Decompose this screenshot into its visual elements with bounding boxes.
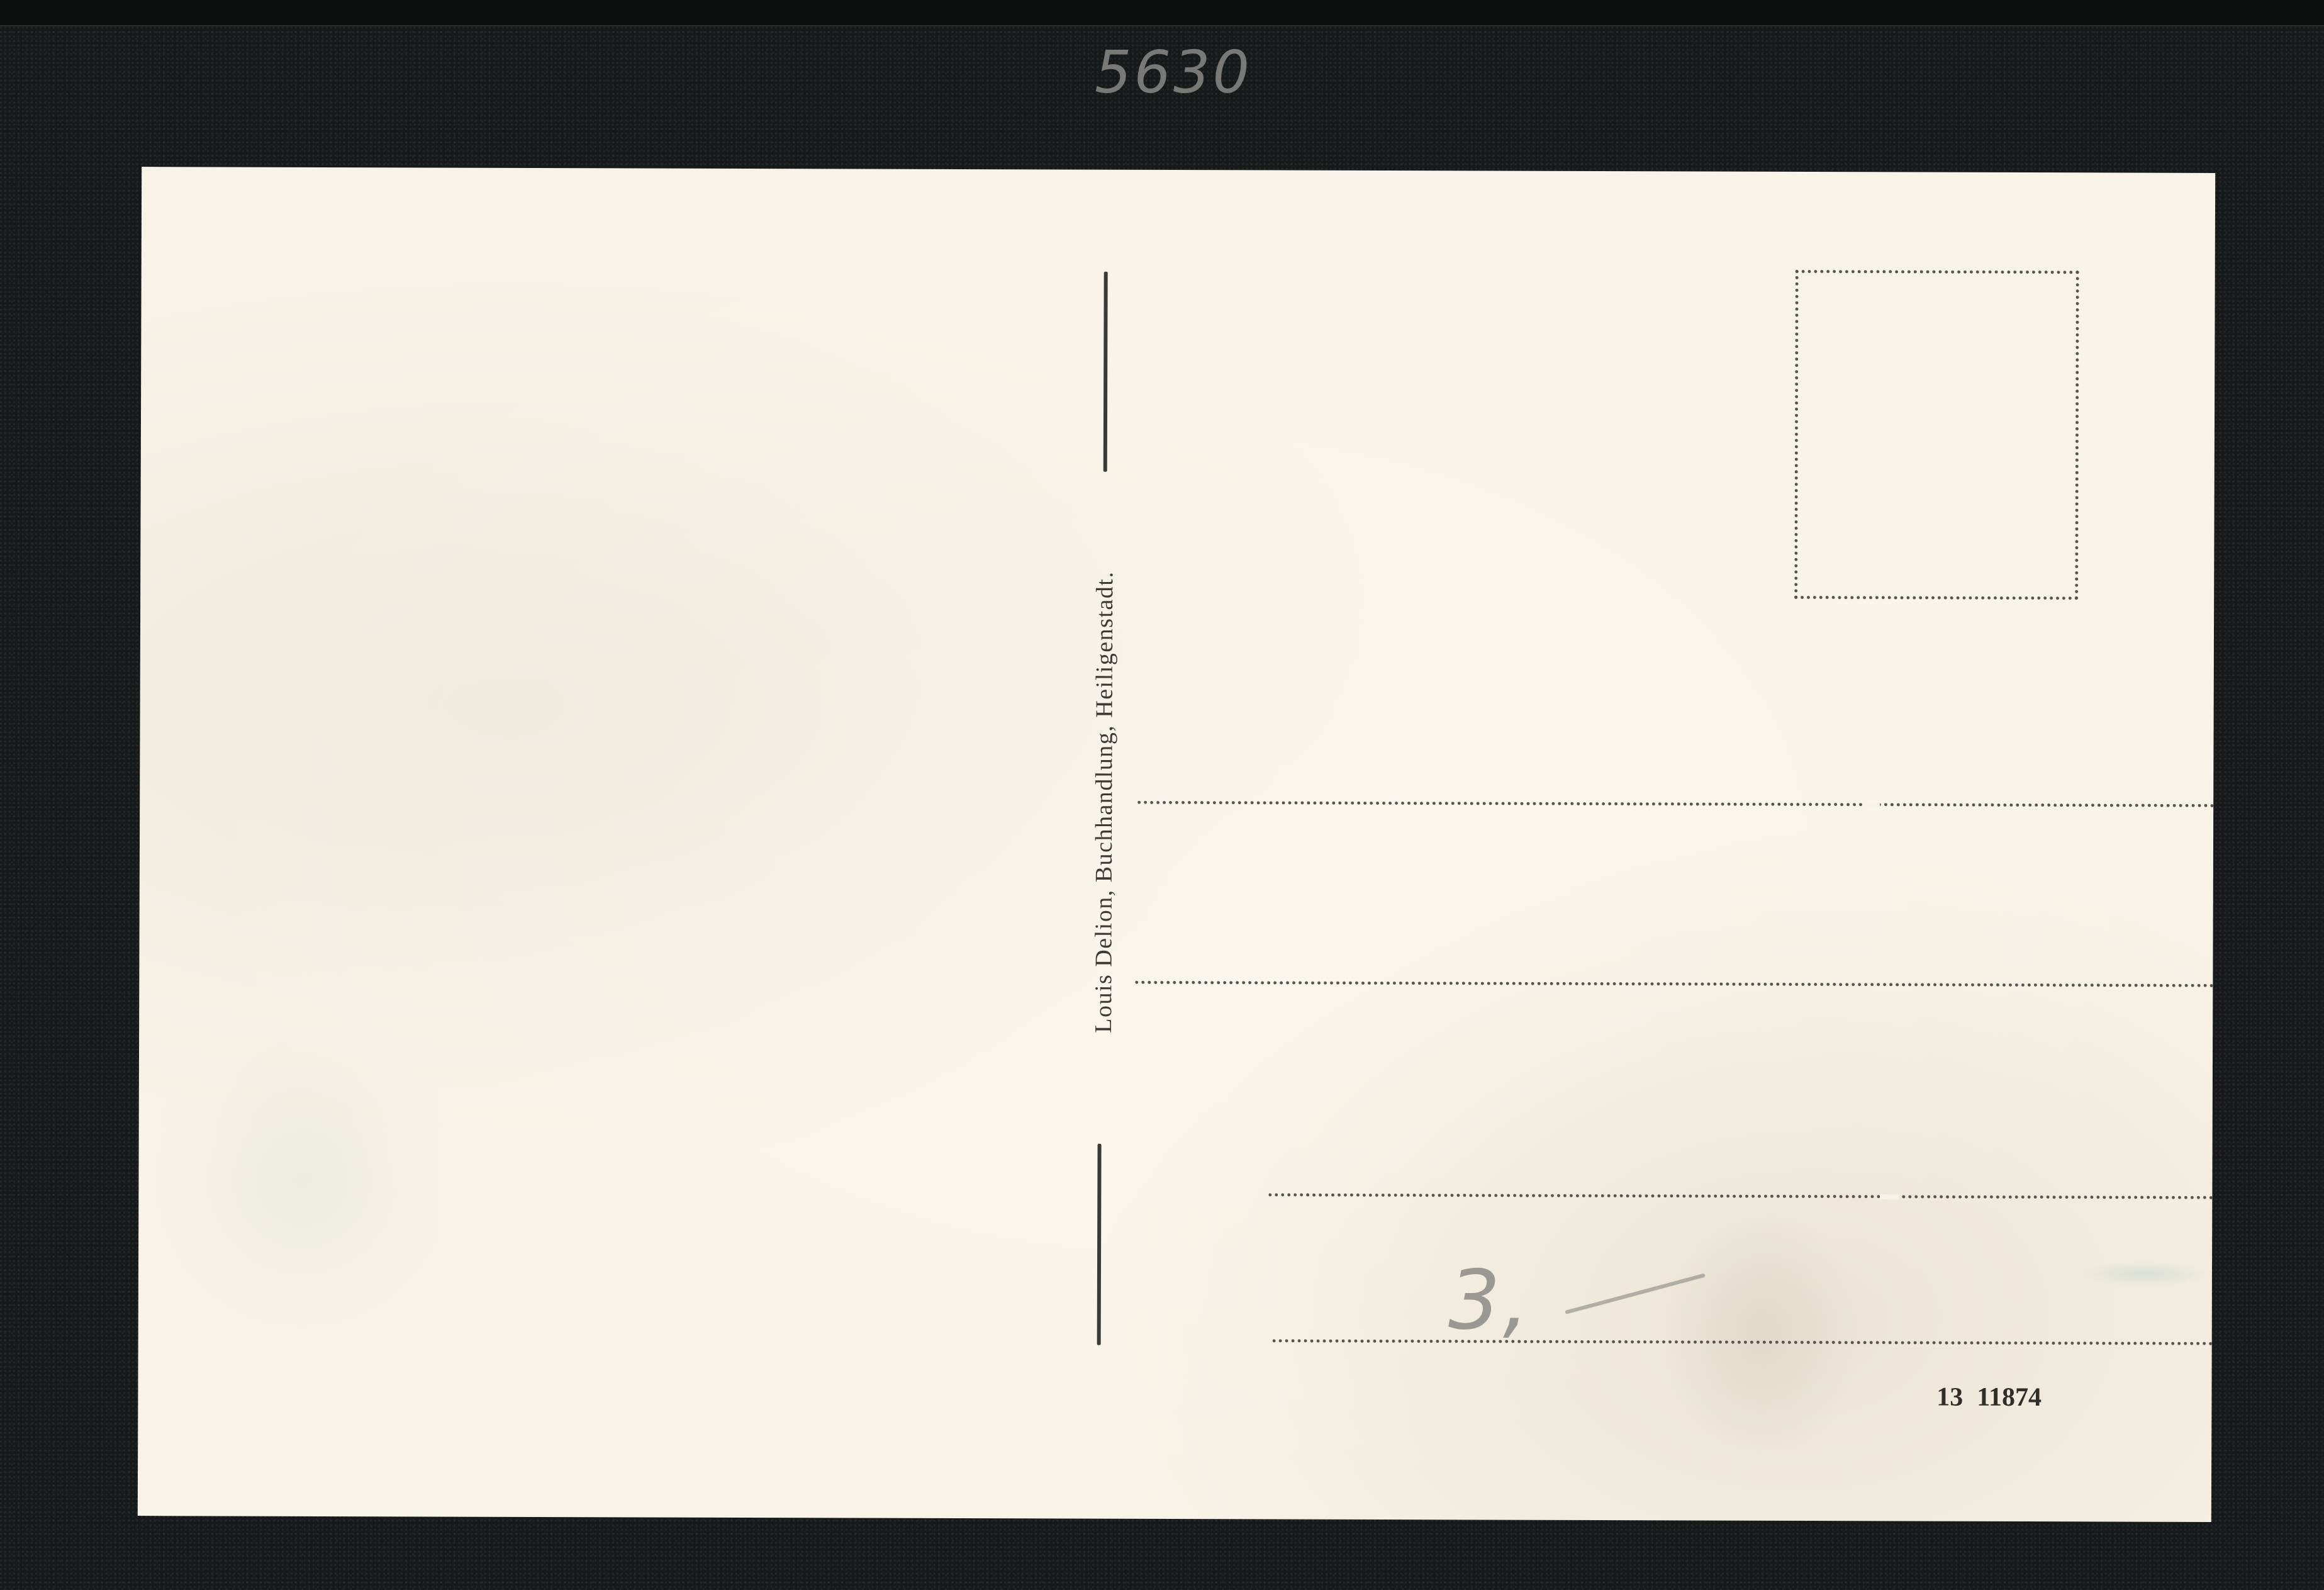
serial-number: 1311874 — [1936, 1382, 2042, 1413]
divider-line-bottom — [1097, 1144, 1102, 1345]
publisher-imprint: Louis Delion, Buchhandlung, Heiligenstad… — [1090, 571, 1119, 1033]
pencil-catalog-number: 5630 — [1095, 39, 1252, 106]
green-scuff — [2076, 1261, 2215, 1287]
paper-stain — [1660, 1203, 1862, 1468]
paper-stain — [138, 1016, 467, 1345]
address-line — [1268, 1193, 2213, 1199]
divider-line-top — [1103, 272, 1108, 472]
stamp-box — [1794, 270, 2079, 600]
serial-series: 13 — [1936, 1383, 1963, 1412]
serial-item-number: 11874 — [1977, 1383, 2042, 1412]
address-line — [1273, 1339, 2213, 1345]
pencil-price: 3, — [1448, 1252, 1531, 1348]
address-line — [1135, 981, 2214, 987]
postcard-back: Louis Delion, Buchhandlung, Heiligenstad… — [138, 167, 2215, 1522]
scanner-top-edge — [0, 0, 2324, 26]
address-line — [1137, 801, 2215, 807]
